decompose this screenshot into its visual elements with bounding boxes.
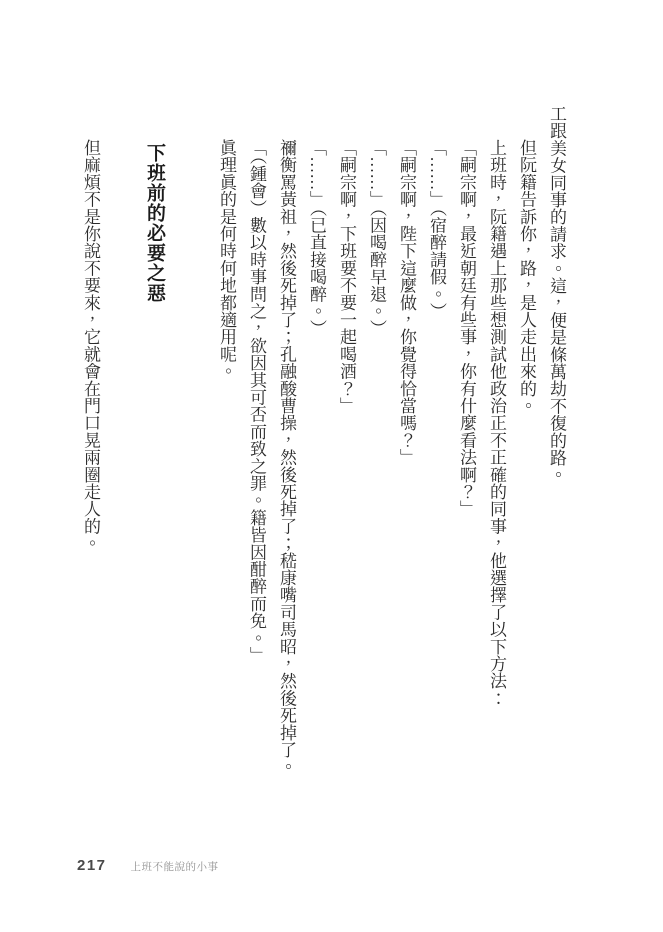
dialogue-line: 「嗣宗啊，陛下這麼做，你覺得恰當嗎？」 bbox=[391, 105, 421, 805]
paragraph: 但麻煩不是你說不要來，它就會在門口晃兩圈走人的。 bbox=[75, 105, 105, 805]
paragraph: 但阮籍告訴你，路，是人走出來的。 bbox=[511, 105, 541, 805]
dialogue-line: 「……」（已直接喝醉。） bbox=[301, 105, 331, 805]
paragraph: 工跟美女同事的請求。這，便是條萬劫不復的路。 bbox=[541, 105, 571, 805]
dialogue-line: 「……」（宿醉請假。） bbox=[421, 105, 451, 805]
dialogue-line: 「嗣宗啊，最近朝廷有些事，你有什麼看法啊？」 bbox=[451, 105, 481, 805]
vertical-text-block: 工跟美女同事的請求。這，便是條萬劫不復的路。 但阮籍告訴你，路，是人走出來的。 … bbox=[75, 105, 571, 805]
book-title: 上班不能說的小事 bbox=[131, 859, 219, 874]
book-page: 工跟美女同事的請求。這，便是條萬劫不復的路。 但阮籍告訴你，路，是人走出來的。 … bbox=[0, 0, 663, 932]
page-footer: 217 上班不能說的小事 bbox=[77, 857, 219, 874]
paragraph: 上班時，阮籍遇上那些想測試他政治正不正確的同事，他選擇了以下方法： bbox=[481, 105, 511, 805]
quotation-paragraph: 「（鍾會）數以時事問之，欲因其可否而致之罪。籍皆因酣醉而免。」 bbox=[241, 105, 271, 805]
paragraph: 眞理眞的是何時何地都適用呢。 bbox=[211, 105, 241, 805]
section-heading: 下班前的必要之惡 bbox=[137, 105, 171, 805]
dialogue-line: 「嗣宗啊，下班要不要一起喝酒？」 bbox=[331, 105, 361, 805]
paragraph: 禰衡罵黃祖，然後死掉了；孔融酸曹操，然後死掉了；嵇康嘴司馬昭，然後死掉了。 bbox=[271, 105, 301, 805]
page-number: 217 bbox=[77, 857, 107, 874]
dialogue-line: 「……」（因喝醉早退。） bbox=[361, 105, 391, 805]
